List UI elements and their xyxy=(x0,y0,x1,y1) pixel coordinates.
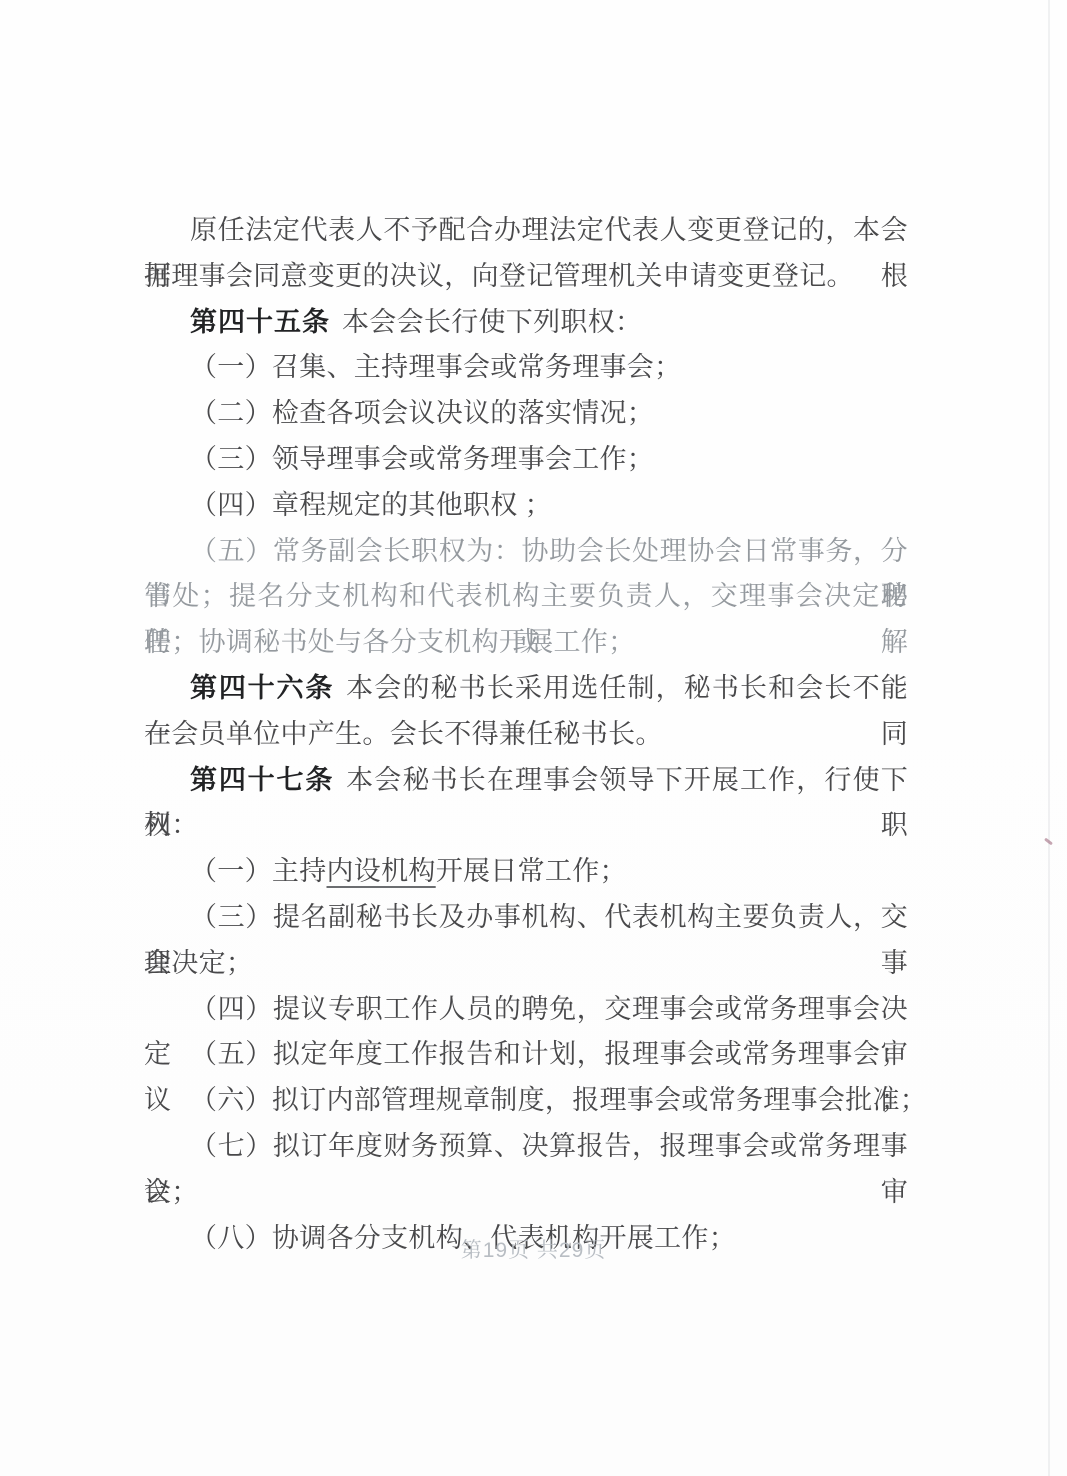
text-line: （六）拟订内部管理规章制度，报理事会或常务理事会批准； xyxy=(144,1078,908,1124)
text-line: 第四十六条本会的秘书长采用选任制，秘书长和会长不能在同 xyxy=(144,666,908,712)
text-segment: 开展日常工作； xyxy=(436,856,627,886)
text-segment: （二）检查各项会议决议的落实情况； xyxy=(190,398,654,428)
text-line: （五）拟定年度工作报告和计划，报理事会或常务理事会审议； xyxy=(144,1032,908,1078)
text-segment: 权： xyxy=(144,810,199,840)
text-segment: 聘；协调秘书处与各分支机构开展工作； xyxy=(144,627,635,657)
text-segment: 议； xyxy=(144,1177,199,1207)
article-number: 第四十六条 xyxy=(190,673,334,703)
text-segment: （三）领导理事会或常务理事会工作； xyxy=(190,444,654,474)
text-segment: （一）召集、主持理事会或常务理事会； xyxy=(190,352,681,382)
text-line: 书处；提名分支机构和代表机构主要负责人，交理事会决定聘任或解 xyxy=(144,574,908,620)
text-line: （二）检查各项会议决议的落实情况； xyxy=(144,391,908,437)
underlined-text: 内设机构 xyxy=(327,856,436,886)
article-number: 第四十五条 xyxy=(190,307,330,337)
text-line: （一）主持内设机构开展日常工作； xyxy=(144,849,908,895)
text-segment: 会决定； xyxy=(144,948,253,978)
text-segment: （三）提名副秘书长及办事机构、代表机构主要负责人，交理事 xyxy=(144,902,908,978)
text-line: 第四十七条本会秘书长在理事会领导下开展工作，行使下列职 xyxy=(144,758,908,804)
text-line: 原任法定代表人不予配合办理法定代表人变更登记的，本会可根 xyxy=(144,208,908,254)
text-line: （一）召集、主持理事会或常务理事会； xyxy=(144,345,908,391)
text-segment: （四）章程规定的其他职权 ； xyxy=(190,490,552,520)
text-line: （七）拟订年度财务预算、决算报告，报理事会或常务理事会审 xyxy=(144,1124,908,1170)
text-line: （三）领导理事会或常务理事会工作； xyxy=(144,437,908,483)
text-line: 第四十五条本会会长行使下列职权： xyxy=(144,300,908,346)
scanned-document-page: 原任法定代表人不予配合办理法定代表人变更登记的，本会可根据理事会同意变更的决议，… xyxy=(0,0,1067,1476)
text-line: （四）章程规定的其他职权 ； xyxy=(144,483,908,529)
text-line: 据理事会同意变更的决议，向登记管理机关申请变更登记。 xyxy=(144,254,908,300)
text-segment: （六）拟订内部管理规章制度，报理事会或常务理事会批准； xyxy=(190,1085,927,1115)
text-segment: 本会会长行使下列职权： xyxy=(342,307,642,337)
text-segment: （一）主持 xyxy=(190,856,327,886)
text-line: （三）提名副秘书长及办事机构、代表机构主要负责人，交理事 xyxy=(144,895,908,941)
text-line: （五）常务副会长职权为：协助会长处理协会日常事务，分管秘 xyxy=(144,529,908,575)
document-body: 原任法定代表人不予配合办理法定代表人变更登记的，本会可根据理事会同意变更的决议，… xyxy=(144,208,908,1261)
page-number-footer: 第19页 共29页 xyxy=(0,1234,1067,1264)
text-segment: 据理事会同意变更的决议，向登记管理机关申请变更登记。 xyxy=(144,261,854,291)
text-segment: （七）拟订年度财务预算、决算报告，报理事会或常务理事会审 xyxy=(144,1131,908,1207)
text-segment: 一会员单位中产生。会长不得兼任秘书长。 xyxy=(144,719,663,749)
article-number: 第四十七条 xyxy=(190,765,334,795)
text-line: （四）提议专职工作人员的聘免，交理事会或常务理事会决定； xyxy=(144,987,908,1033)
